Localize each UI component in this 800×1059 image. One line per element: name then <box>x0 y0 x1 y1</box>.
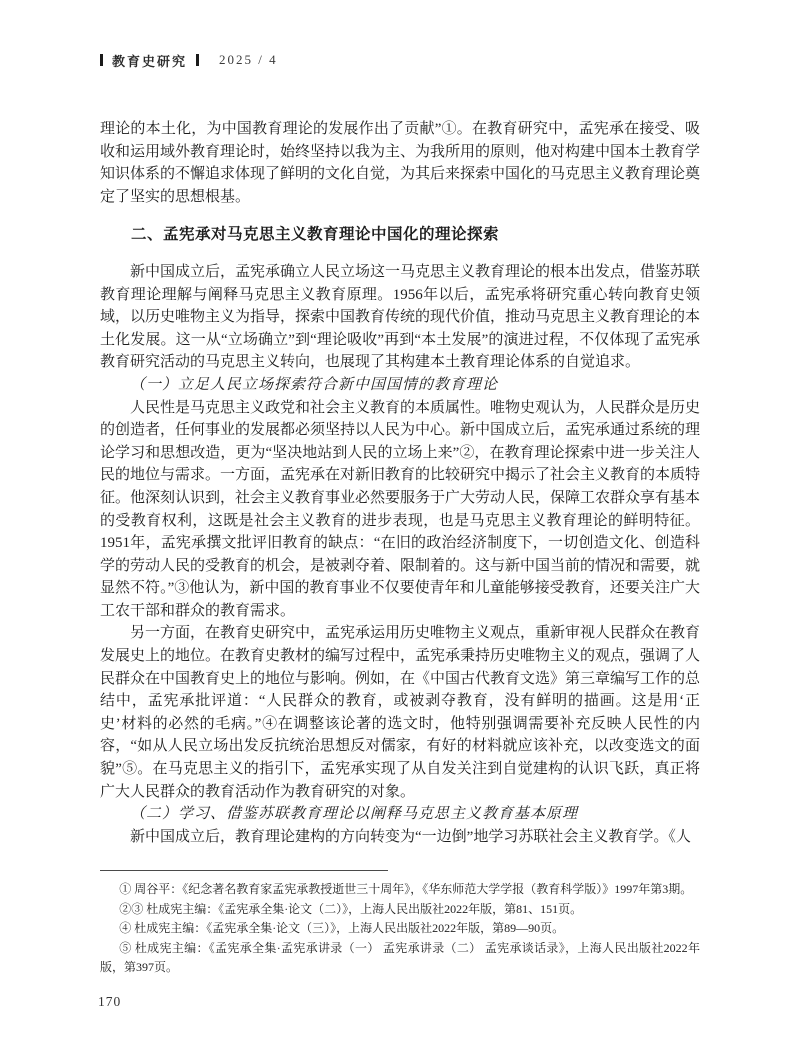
footnotes-section: ① 周谷平：《纪念著名教育家孟宪承教授逝世三十周年》，《华东师范大学学报（教育科… <box>100 870 700 978</box>
issue-number: 2025 / 4 <box>219 52 278 68</box>
paragraph-people-stance-2: 另一方面，在教育史研究中，孟宪承运用历史唯物主义观点，重新审视人民群众在教育发展… <box>100 622 700 803</box>
header-left-bar-icon <box>100 54 103 66</box>
footnote-divider <box>100 870 388 871</box>
paragraph-soviet: 新中国成立后，教育理论建构的方向转变为“一边倒”地学习苏联社会主义教育学。《人 <box>100 826 700 849</box>
header-right-bar-icon <box>196 54 199 66</box>
footnote-item: ① 周谷平：《纪念著名教育家孟宪承教授逝世三十周年》，《华东师范大学学报（教育科… <box>100 880 700 900</box>
section-heading: 二、孟宪承对马克思主义教育理论中国化的理论探索 <box>100 224 700 247</box>
footnote-item: ④ 杜成宪主编：《孟宪承全集·论文（三）》，上海人民出版社2022年版，第89—… <box>100 919 700 939</box>
journal-page: 教育史研究 2025 / 4 理论的本土化，为中国教育理论的发展作出了贡献”①。… <box>0 0 800 1059</box>
paragraph-overview: 新中国成立后，孟宪承确立人民立场这一马克思主义教育理论的根本出发点，借鉴苏联教育… <box>100 261 700 374</box>
paragraph-people-stance-1: 人民性是马克思主义政党和社会主义教育的本质属性。唯物史观认为，人民群众是历史的创… <box>100 397 700 623</box>
journal-header: 教育史研究 2025 / 4 <box>100 52 700 68</box>
journal-name: 教育史研究 <box>112 51 187 70</box>
footnote-item: ②③ 杜成宪主编：《孟宪承全集·论文（二）》，上海人民出版社2022年版，第81… <box>100 900 700 920</box>
subsection-heading-2: （二）学习、借鉴苏联教育理论以阐释马克思主义教育基本原理 <box>100 803 700 826</box>
paragraph-continuation: 理论的本土化，为中国教育理论的发展作出了贡献”①。在教育研究中，孟宪承在接受、吸… <box>100 118 700 208</box>
subsection-heading-1: （一）立足人民立场探索符合新中国国情的教育理论 <box>100 374 700 397</box>
article-body: 理论的本土化，为中国教育理论的发展作出了贡献”①。在教育研究中，孟宪承在接受、吸… <box>100 118 700 848</box>
footnote-item: ⑤ 杜成宪主编：《孟宪承全集·孟宪承讲录（一） 孟宪承讲录（二） 孟宪承谈话录》… <box>100 939 700 978</box>
page-number: 170 <box>98 994 121 1010</box>
